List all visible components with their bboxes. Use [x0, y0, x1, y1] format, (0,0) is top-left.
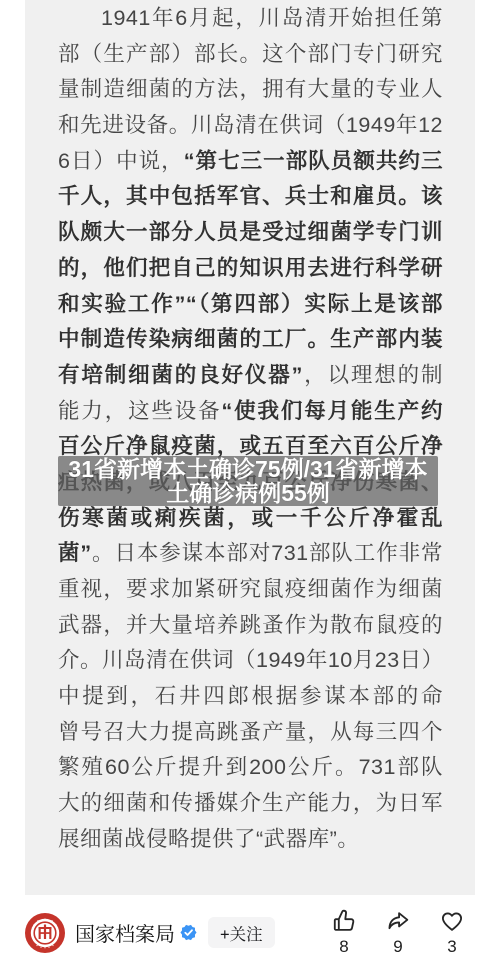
- article-line: 介。川岛清在供词（1949年10月23日）: [58, 643, 443, 679]
- article-line: 中制造传染病细菌的工厂。生产部内装备: [58, 322, 443, 358]
- publisher-avatar[interactable]: [25, 913, 65, 953]
- article-line: 1941年6月起，川岛清开始担任第四: [58, 1, 443, 37]
- article-line: 部（生产部）部长。这个部门专门研究大: [58, 37, 443, 73]
- article-line: 量制造细菌的方法，拥有大量的专业人员: [58, 72, 443, 108]
- article-line: 曾号召大力提高跳蚤产量，从每三四个月: [58, 715, 443, 751]
- verified-badge-icon: [180, 924, 197, 941]
- article-line: 能力，这些设备“使我们每月能生产约三: [58, 394, 443, 430]
- favorite-button[interactable]: 3: [425, 908, 479, 957]
- publisher-bar: 国家档案局 +关注 8 9 3: [0, 895, 500, 970]
- thumbs-up-icon: [331, 908, 357, 934]
- article-line: 菌”。日本参谋本部对731部队工作非常: [58, 536, 443, 572]
- heart-icon: [439, 908, 465, 934]
- share-icon: [385, 908, 411, 934]
- article-line: 武器，并大量培养跳蚤作为散布鼠疫的媒: [58, 608, 443, 644]
- article-line: 大的细菌和传播媒介生产能力，为日军开: [58, 786, 443, 822]
- article-line: 队颇大一部分人员是受过细菌学专门训练: [58, 215, 443, 251]
- banner-line-2: 土确诊病例55例: [166, 481, 330, 505]
- article-text: 1941年6月起，川岛清开始担任第四部（生产部）部长。这个部门专门研究大量制造细…: [25, 0, 475, 858]
- article-line: 繁殖60公斤提升到200公斤。731部队强: [58, 750, 443, 786]
- article-line: 千人，其中包括军官、兵士和雇员。该部: [58, 179, 443, 215]
- article-line: 和实验工作”“（第四部）实际上是该部队: [58, 287, 443, 323]
- share-button[interactable]: 9: [371, 908, 425, 957]
- video-content-area[interactable]: 1941年6月起，川岛清开始担任第四部（生产部）部长。这个部门专门研究大量制造细…: [25, 0, 475, 895]
- news-headline-banner: 31省新增本土确诊75例/31省新增本 土确诊病例55例: [58, 456, 438, 506]
- like-button[interactable]: 8: [317, 908, 371, 957]
- banner-line-1: 31省新增本土确诊75例/31省新增本: [68, 457, 427, 481]
- article-line: 中提到，石井四郎根据参谋本部的命令，: [58, 679, 443, 715]
- follow-button[interactable]: +关注: [208, 917, 275, 948]
- share-count: 9: [393, 937, 402, 957]
- favorite-count: 3: [447, 937, 456, 957]
- article-line: 和先进设备。川岛清在供词（1949年12月: [58, 108, 443, 144]
- engagement-actions: 8 9 3: [317, 908, 479, 957]
- article-line: 6日）中说，“第七三一部队员额共约三: [58, 144, 443, 180]
- article-line: 的，他们把自己的知识用去进行科学研究: [58, 251, 443, 287]
- article-line: 展细菌战侵略提供了“武器库”。: [58, 822, 443, 858]
- like-count: 8: [339, 937, 348, 957]
- publisher-name[interactable]: 国家档案局: [75, 918, 175, 947]
- article-line: 有培制细菌的良好仪器”，以理想的制造: [58, 358, 443, 394]
- article-line: 重视，要求加紧研究鼠疫细菌作为细菌战: [58, 572, 443, 608]
